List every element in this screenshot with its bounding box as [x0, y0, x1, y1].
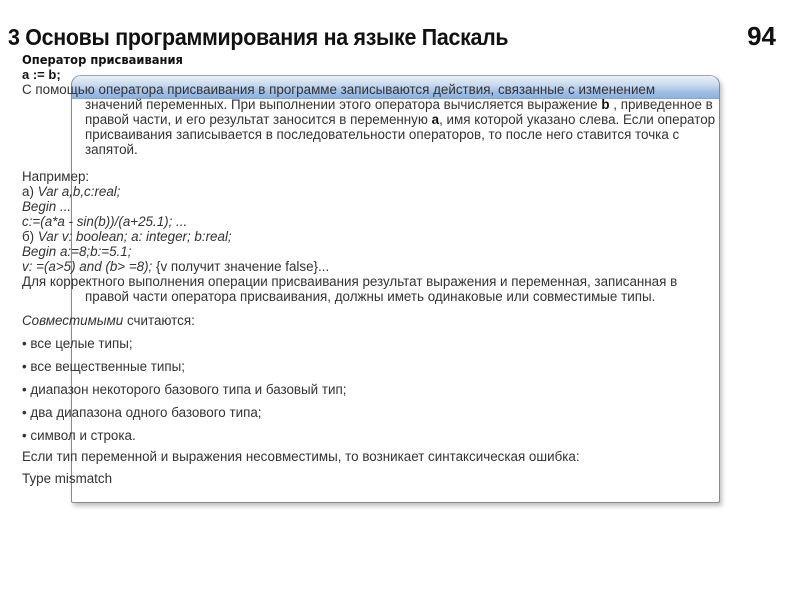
compat-intro: Совместимыми считаются: [22, 313, 722, 328]
list-item: • все целые типы; [22, 336, 722, 351]
slide-title: 3 Основы программирования на языке Паска… [8, 24, 508, 51]
page-number: 94 [747, 21, 776, 52]
compat-list: • все целые типы; • все вещественные тип… [22, 336, 722, 443]
assignment-code: a := b; [22, 67, 722, 82]
error-text: Если тип переменной и выражения несовмес… [22, 449, 722, 464]
subheading: Оператор присваивания [22, 52, 666, 67]
list-item: • все вещественные типы; [22, 359, 722, 374]
example-line: c:=(a*a - sin(b))/(a+25.1); ... [22, 214, 722, 229]
example-line: Begin ... [22, 199, 722, 214]
example-line: а) Var a,b,c:real; [22, 184, 722, 199]
error-name: Type mismatch [22, 471, 722, 486]
examples-list: а) Var a,b,c:real; Begin ... c:=(a*a - s… [22, 184, 722, 274]
compat-rule: Для корректного выполнения операции прис… [22, 274, 712, 304]
slide-content: Оператор присваивания a := b; С помощью … [22, 52, 722, 486]
list-item: • два диапазона одного базового типа; [22, 405, 722, 420]
list-item: • диапазон некоторого базового типа и ба… [22, 382, 722, 397]
example-line: б) Var v: boolean; a: integer; b:real; [22, 229, 722, 244]
list-item: • символ и строка. [22, 428, 722, 443]
example-line: v: =(a>5) and (b> =8); {v получит значен… [22, 259, 722, 274]
example-label: Например: [22, 169, 722, 184]
example-line: Begin a:=8;b:=5.1; [22, 244, 722, 259]
intro-paragraph: С помощью оператора присваивания в прогр… [22, 82, 716, 157]
